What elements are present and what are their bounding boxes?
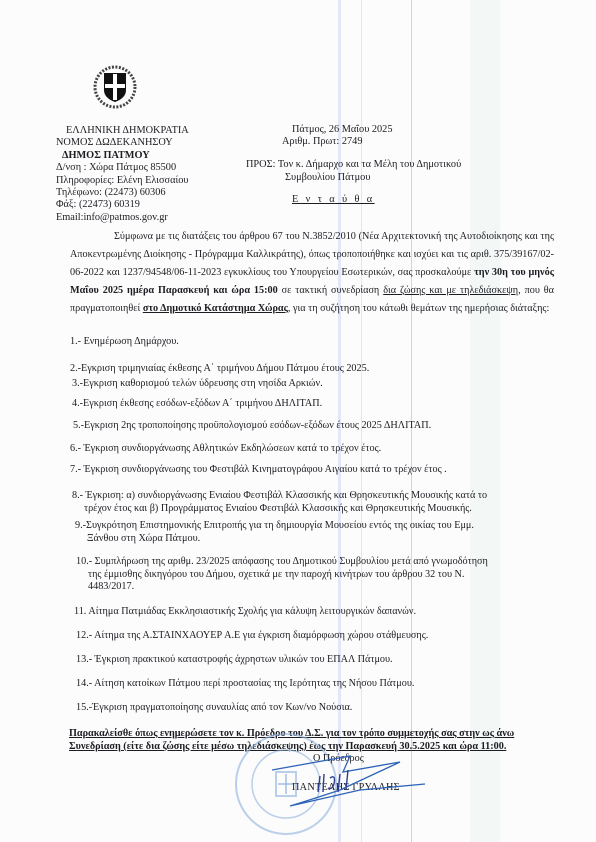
sender-block: ΕΛΛΗΝΙΚΗ ΔΗΜΟΚΡΑΤΙΑ ΝΟΜΟΣ ΔΩΔΕΚΑΝΗΣΟΥ ΔΗ… (56, 125, 189, 224)
signatory-name: ΠΑΝΤΕΛΗΣ ΓΡΥΛΛΗΣ (292, 782, 400, 793)
signatory-title: Ο Πρόεδρος (313, 753, 364, 764)
fax: Φάξ: (22473) 60319 (56, 199, 189, 211)
agenda-item: 13.- Έγκριση πρακτικού καταστροφής άχρησ… (76, 654, 393, 667)
protocol-number: Αριθμ. Πρωτ: 2749 (282, 136, 362, 149)
agenda-item: 14.- Αίτηση κατοίκων Πάτμου περί προστασ… (76, 678, 414, 691)
recipient: ΠΡΟΣ: Τον κ. Δήμαρχο και τα Μέλη του Δημ… (246, 159, 461, 172)
contact-person: Πληροφορίες: Ελένη Ελισσαίου (56, 175, 189, 187)
municipality: ΔΗΜΟΣ ΠΑΤΜΟΥ (56, 150, 189, 162)
recipient-cont: Συμβουλίου Πάτμου (285, 172, 370, 185)
agenda-item: 15.-Έγκριση πραγματοποίησης συναυλίας απ… (76, 702, 352, 715)
address: Δ/νση : Χώρα Πάτμος 85500 (56, 162, 189, 174)
agenda-item: 3.-Εγκριση καθορισμού τελών ύδρευσης στη… (72, 378, 323, 391)
meeting-venue: στο Δημοτικό Κατάστημα Χώρας (143, 303, 288, 314)
greek-coat-of-arms-icon (92, 64, 138, 110)
email: Email:info@patmos.gov.gr (56, 212, 189, 224)
agenda-item: 11. Αίτημα Πατμιάδας Εκκλησιαστικής Σχολ… (74, 606, 416, 619)
agenda-item: 4.-Εγκριση έκθεσης εσόδων-εξόδων Α΄ τριμ… (72, 398, 322, 411)
agenda-item: 2.-Εγκριση τριμηνιαίας έκθεσης Α΄ τριμήν… (70, 363, 369, 376)
meeting-mode: δια ζώσης και με τηλεδιάσκεψη (383, 285, 518, 296)
agenda-item: 7.- Έγκριση συνδιοργάνωσης του Φεστιβάλ … (70, 464, 447, 477)
agenda-item: 8.- Έγκριση: α) συνδιοργάνωσης Ενιαίου Φ… (72, 490, 487, 515)
invitation-paragraph: Σύμφωνα με τις διατάξεις του άρθρου 67 τ… (70, 228, 554, 318)
scan-streak (470, 0, 500, 842)
prefecture: ΝΟΜΟΣ ΔΩΔΕΚΑΝΗΣΟΥ (56, 137, 189, 149)
agenda-item: 1.- Ενημέρωση Δημάρχου. (70, 336, 179, 349)
agenda-item: 10.- Συμπλήρωση της αριθμ. 23/2025 απόφα… (76, 556, 488, 594)
country: ΕΛΛΗΝΙΚΗ ΔΗΜΟΚΡΑΤΙΑ (56, 125, 189, 137)
agenda-item: 6.- Έγκριση συνδιοργάνωσης Αθλητικών Εκδ… (70, 443, 381, 456)
agenda-item: 12.- Αίτημα της Α.ΣΤΑΙΝΧΑΟΥΕΡ Α.Ε για έγ… (76, 630, 428, 643)
agenda-item: 9.-Συγκρότηση Επιστημονικής Επιτροπής γι… (75, 520, 474, 545)
closing-note: Παρακαλείσθε όπως ενημερώσετε τον κ. Πρό… (69, 728, 514, 753)
phone: Τηλέφωνο: (22473) 60306 (56, 187, 189, 199)
location: Ε ν τ α ύ θ α (292, 194, 375, 207)
agenda-item: 5.-Εγκριση 2ης τροποποίησης προϋπολογισμ… (73, 420, 431, 433)
place-date: Πάτμος, 26 Μαΐου 2025 (292, 124, 392, 137)
